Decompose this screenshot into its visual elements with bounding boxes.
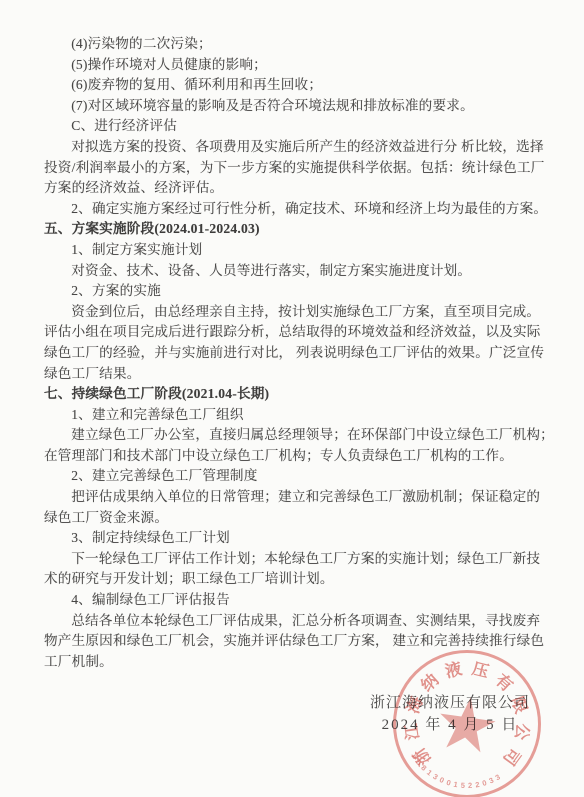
seal-serial-digit: 2 [466,781,474,791]
seal-serial-digit: 0 [436,774,447,786]
text-line: 资金到位后，由总经理亲自主持，按计划实施绿色工厂方案，直至项目完成。 [44,302,544,323]
text-line: 把评估成果纳入单位的日常管理；建立和完善绿色工厂激励机制；保证稳定的 [44,487,544,508]
seal-serial-digit: 0 [443,777,454,789]
text-line: 对拟选方案的投资、各项费用及实施后所产生的经济效益进行分 析比较，选择 [44,137,544,158]
text-line: 投资/利润率最小的方案，为下一步方案的实施提供科学依据。包括：统计绿色工厂 [44,158,544,179]
text-line: 绿色工厂的经验，并与实施前进行对比， 列表说明绿色工厂评估的效果。广泛宣传 [44,343,544,364]
signature-date: 2024 年 4 月 5 日 [370,714,530,736]
text-line: 绿色工厂资金来源。 [44,508,544,529]
seal-serial-digit: 5 [412,757,425,769]
text-line: (7)对区域环境容量的影响及是否符合环境法规和排放标准的要求。 [44,96,544,117]
company-name: 浙江海纳液压有限公司 [370,692,530,714]
text-line: 评估小组在项目完成后进行跟踪分析，总结取得的环境效益和经济效益，以及实际 [44,322,544,343]
text-line: 下一轮绿色工厂评估工作计划；本轮绿色工厂方案的实施计划；绿色工厂新技 [44,549,544,570]
seal-serial-digit: 5 [459,781,468,792]
seal-serial-digit: 1 [423,767,435,780]
seal-ring-char: 浙 [410,744,435,769]
section-header-line: 五、方案实施阶段(2024.01-2024.03) [44,219,544,240]
text-line: 建立绿色工厂办公室，直接归属总经理领导；在环保部门中设立绿色工厂机构； [44,425,544,446]
seal-serial-digit: 8 [417,762,430,775]
document-text-block: (4)污染物的二次污染；(5)操作环境对人员健康的影响；(6)废弃物的复用、循环… [44,34,544,672]
seal-serial-digit: 6 [408,751,421,763]
seal-serial-digit: 0 [479,778,490,790]
text-line: 2、建立完善绿色工厂管理制度 [44,466,544,487]
seal-serial-digit: 1 [451,779,461,790]
section-header-line: 七、持续绿色工厂阶段(2021.04-长期) [44,384,544,405]
text-line: C、进行经济评估 [44,116,544,137]
text-line: (4)污染物的二次污染； [44,34,544,55]
text-line: (5)操作环境对人员健康的影响； [44,55,544,76]
seal-serial-digit: 3 [486,775,497,787]
seal-serial-digit: 2 [473,780,483,791]
text-line: 2、方案的实施 [44,281,544,302]
seal-serial-digit: 3 [429,771,441,784]
text-line: 总结各单位本轮绿色工厂评估成果，汇总分析各项调查、实测结果，寻找废弃 [44,611,544,632]
text-line: 1、建立和完善绿色工厂组织 [44,405,544,426]
text-line: 在管理部门和技术部门中设立绿色工厂机构；专人负责绿色工厂机构的工作。 [44,446,544,467]
text-line: 4、编制绿色工厂评估报告 [44,590,544,611]
text-line: 3、制定持续绿色工厂计划 [44,528,544,549]
text-line: (6)废弃物的复用、循环利用和再生回收； [44,75,544,96]
signature-block: 浙江海纳液压有限公司 2024 年 4 月 5 日 [370,692,530,736]
text-line: 方案的经济效益、经济评估。 [44,178,544,199]
text-line: 工厂机制。 [44,652,544,673]
scanned-document-page: (4)污染物的二次污染；(5)操作环境对人员健康的影响；(6)废弃物的复用、循环… [0,0,584,797]
text-line: 物产生原因和绿色工厂机会，实施并评估绿色工厂方案， 建立和完善持续推行绿色 [44,631,544,652]
text-line: 1、制定方案实施计划 [44,240,544,261]
text-line: 对资金、技术、设备、人员等进行落实，制定方案实施进度计划。 [44,261,544,282]
text-line: 2、确定实施方案经过可行性分析，确定技术、环境和经济上均为最佳的方案。 [44,199,544,220]
text-line: 术的研究与开发计划；职工绿色工厂培训计划。 [44,569,544,590]
text-line: 绿色工厂结果。 [44,364,544,385]
seal-serial-digit: 3 [492,771,504,784]
seal-ring-char: 司 [499,744,524,769]
